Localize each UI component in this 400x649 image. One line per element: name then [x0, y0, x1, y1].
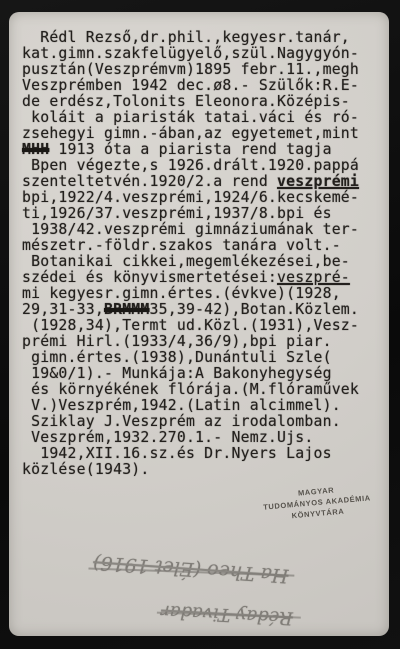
handwritten-note-crossed-out: Ha Theo (Élet 1916) — [92, 551, 289, 587]
typed-line: ti,1926/37.veszprémi,1937/8.bpi és — [22, 206, 385, 222]
typed-line: gimn.értes.(1938),Dunántuli Szle( — [22, 350, 385, 366]
typed-line: Sziklay J.Veszprém az irodalomban. — [22, 414, 385, 430]
typed-line: mészetr.-földr.szakos tanára volt.- — [22, 238, 385, 254]
typed-line: de erdész,Tolonits Eleonora.Középis- — [22, 94, 385, 110]
typed-line: zsehegyi gimn.-ában,az egyetemet,mint — [22, 126, 385, 142]
typed-line: szédei és könyvismertetései:veszpré- — [22, 270, 385, 286]
typed-segment-ulb: veszprémi — [277, 173, 359, 190]
typed-line: Bpen végezte,s 1926.drált.1920.pappá — [22, 158, 385, 174]
typed-text-block: Rédl Rezső,dr.phil.,kegyesr.tanár,kat.gi… — [22, 30, 385, 478]
typed-line: Veszprém,1932.270.1.- Nemz.Ujs. — [22, 430, 385, 446]
library-stamp: MAGYAR TUDOMÁNYOS AKADÉMIA KÖNYVTÁRA — [251, 480, 383, 524]
typed-line: 29,31-33,BRMMM35,39-42),Botan.Közlem. — [22, 302, 385, 318]
typed-segment-ul: veszpré- — [277, 269, 350, 286]
typed-segment: szédei és könyvismertetései: — [22, 269, 277, 286]
typed-segment: 29,31-33, — [22, 301, 104, 318]
typed-line: kat.gimn.szakfelügyelő,szül.Nagygyón- — [22, 46, 385, 62]
typed-line: pusztán(Veszprémvm)1895 febr.11.,megh — [22, 62, 385, 78]
typed-line: V.)Veszprém,1942.(Latin alcimmel). — [22, 398, 385, 414]
handwritten-signature-crossed-out: Réday Tivadar — [161, 601, 294, 629]
typed-segment-os: BRMMM — [104, 301, 150, 318]
typed-line: prémi Hirl.(1933/4,36/9),bpi piar. — [22, 334, 385, 350]
typed-line: 1942,XII.16.sz.és Dr.Nyers Lajos — [22, 446, 385, 462]
typed-line: közlése(1943). — [22, 462, 385, 478]
typed-line: (1928,34),Termt ud.Közl.(1931),Vesz- — [22, 318, 385, 334]
typed-line: Rédl Rezső,dr.phil.,kegyesr.tanár, — [22, 30, 385, 46]
typed-line: mi kegyesr.gimn.értes.(évkve)(1928, — [22, 286, 385, 302]
typed-segment: 35,39-42),Botan.Közlem. — [150, 301, 360, 318]
typed-line: 19&0/1).- Munkája:A Bakonyhegység — [22, 366, 385, 382]
typed-segment-os: MHH — [22, 141, 49, 158]
typed-line: 1938/42.veszprémi gimnáziumának ter- — [22, 222, 385, 238]
typed-line: szenteltetvén.1920/2.a rend veszprémi — [22, 174, 385, 190]
typed-segment: 1913 óta a piarista rend tagja — [49, 141, 331, 158]
typed-line: Botanikai cikkei,megemlékezései,be- — [22, 254, 385, 270]
typed-segment: szenteltetvén.1920/2.a rend — [22, 173, 277, 190]
typed-line: Veszprémben 1942 dec.ø8.- Szülők:R.E- — [22, 78, 385, 94]
typed-line: bpi,1922/4.veszprémi,1924/6.kecskemé- — [22, 190, 385, 206]
typed-line: koláit a piaristák tatai.váci és ró- — [22, 110, 385, 126]
catalog-card: Rédl Rezső,dr.phil.,kegyesr.tanár,kat.gi… — [9, 12, 389, 636]
typed-line: MHH 1913 óta a piarista rend tagja — [22, 142, 385, 158]
typed-line: és környékének flórája.(M.flóraművek — [22, 382, 385, 398]
handwritten-signature-text: Réday Tivadar — [161, 601, 294, 629]
handwritten-note-text: Ha Theo (Élet 1916) — [92, 551, 289, 587]
photo-black-frame: Rédl Rezső,dr.phil.,kegyesr.tanár,kat.gi… — [0, 0, 400, 649]
